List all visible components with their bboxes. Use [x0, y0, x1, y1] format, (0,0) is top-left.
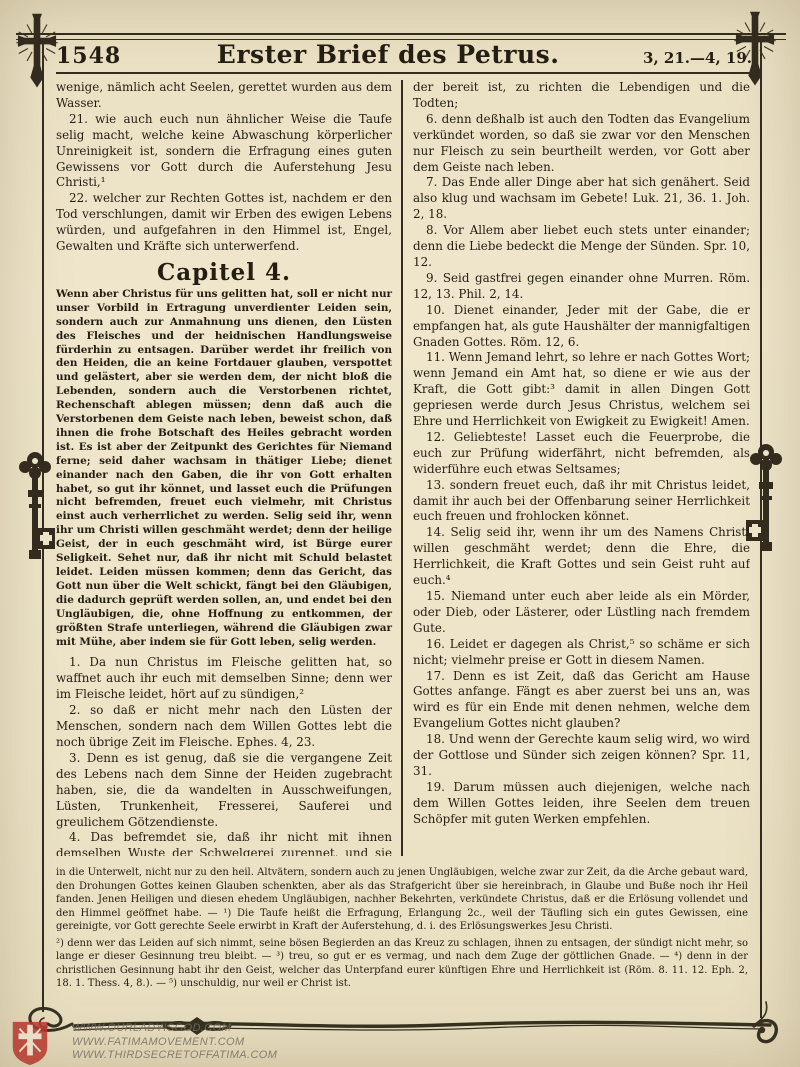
verse-paragraph: 7. Das Ende aller Dinge aber hat sich ge…: [413, 175, 750, 223]
shield-watermark-logo: [6, 1020, 54, 1066]
verse-paragraph: 9. Seid gastfrei gegen einander ohne Mur…: [413, 271, 750, 303]
verse-paragraph: 15. Niemand unter euch aber leide als ei…: [413, 589, 750, 637]
watermark-url: www.ourladyisgod.com: [72, 1022, 277, 1036]
column-right: der bereit ist, zu richten die Lebendige…: [413, 80, 750, 856]
page-number: 1548: [56, 43, 121, 69]
watermark-url: www.thirdsecretoffatima.com: [72, 1049, 277, 1063]
footnote-paragraph: ²) denn wer das Leiden auf sich nimmt, s…: [56, 937, 748, 991]
verse-paragraph: 2. so daß er nicht mehr nach den Lüsten …: [56, 703, 392, 751]
key-ornament-icon: [744, 438, 788, 570]
key-ornament-icon: [13, 446, 57, 578]
verse-paragraph: 10. Dienet einander, Jeder mit der Gabe,…: [413, 303, 750, 351]
verse-paragraph: 3. Denn es ist genug, daß sie die vergan…: [56, 751, 392, 831]
verse-paragraph: 8. Vor Allem aber liebet euch stets unte…: [413, 223, 750, 271]
verse-paragraph: 1. Da nun Christus im Fleische gelitten …: [56, 655, 392, 703]
header-rule: [56, 72, 758, 74]
verse-paragraph: 11. Wenn Jemand lehrt, so lehre er nach …: [413, 350, 750, 430]
chapter-heading: Capitel 4.: [56, 265, 392, 281]
footnote-paragraph: in die Unterwelt, nicht nur zu den heil.…: [56, 866, 748, 934]
verse-paragraph: 13. sondern freuet euch, daß ihr mit Chr…: [413, 478, 750, 526]
verse-paragraph: 17. Denn es ist Zeit, daß das Gericht am…: [413, 669, 750, 733]
verse-paragraph: wenige, nämlich acht Seelen, gerettet wu…: [56, 80, 392, 112]
column-left: wenige, nämlich acht Seelen, gerettet wu…: [56, 80, 392, 856]
verse-paragraph: der bereit ist, zu richten die Lebendige…: [413, 80, 750, 112]
footnotes: in die Unterwelt, nicht nur zu den heil.…: [56, 866, 748, 1000]
chapter-summary: Wenn aber Christus für uns gelitten hat,…: [56, 288, 392, 650]
verse-paragraph: 22. welcher zur Rechten Gottes ist, nach…: [56, 191, 392, 255]
column-divider: [401, 80, 403, 856]
verse-paragraph: 19. Darum müssen auch diejenigen, welche…: [413, 780, 750, 828]
verse-paragraph: 14. Selig seid ihr, wenn ihr um des Name…: [413, 525, 750, 589]
watermark-urls: www.ourladyisgod.com www.fatimamovement.…: [72, 1022, 277, 1063]
top-border-rule: [16, 33, 786, 40]
watermark-url: www.fatimamovement.com: [72, 1036, 277, 1050]
verse-paragraph: 18. Und wenn der Gerechte kaum selig wir…: [413, 732, 750, 780]
verse-paragraph: 6. denn deßhalb ist auch den Todten das …: [413, 112, 750, 176]
verse-paragraph: 16. Leidet er dagegen als Christ,⁵ so sc…: [413, 637, 750, 669]
page-title: Erster Brief des Petrus.: [217, 40, 560, 69]
text-body: wenige, nämlich acht Seelen, gerettet wu…: [56, 80, 750, 856]
verse-paragraph: 21. wie auch euch nun ähnlicher Weise di…: [56, 112, 392, 192]
verse-paragraph: 4. Das befremdet sie, daß ihr nicht mit …: [56, 830, 392, 856]
page-header: 1548 Erster Brief des Petrus. 3, 21.—4, …: [56, 40, 752, 70]
verse-range: 3, 21.—4, 19.: [643, 49, 752, 67]
scanned-bible-page: 1548 Erster Brief des Petrus. 3, 21.—4, …: [0, 0, 800, 1067]
verse-paragraph: 12. Geliebteste! Lasset euch die Feuerpr…: [413, 430, 750, 478]
